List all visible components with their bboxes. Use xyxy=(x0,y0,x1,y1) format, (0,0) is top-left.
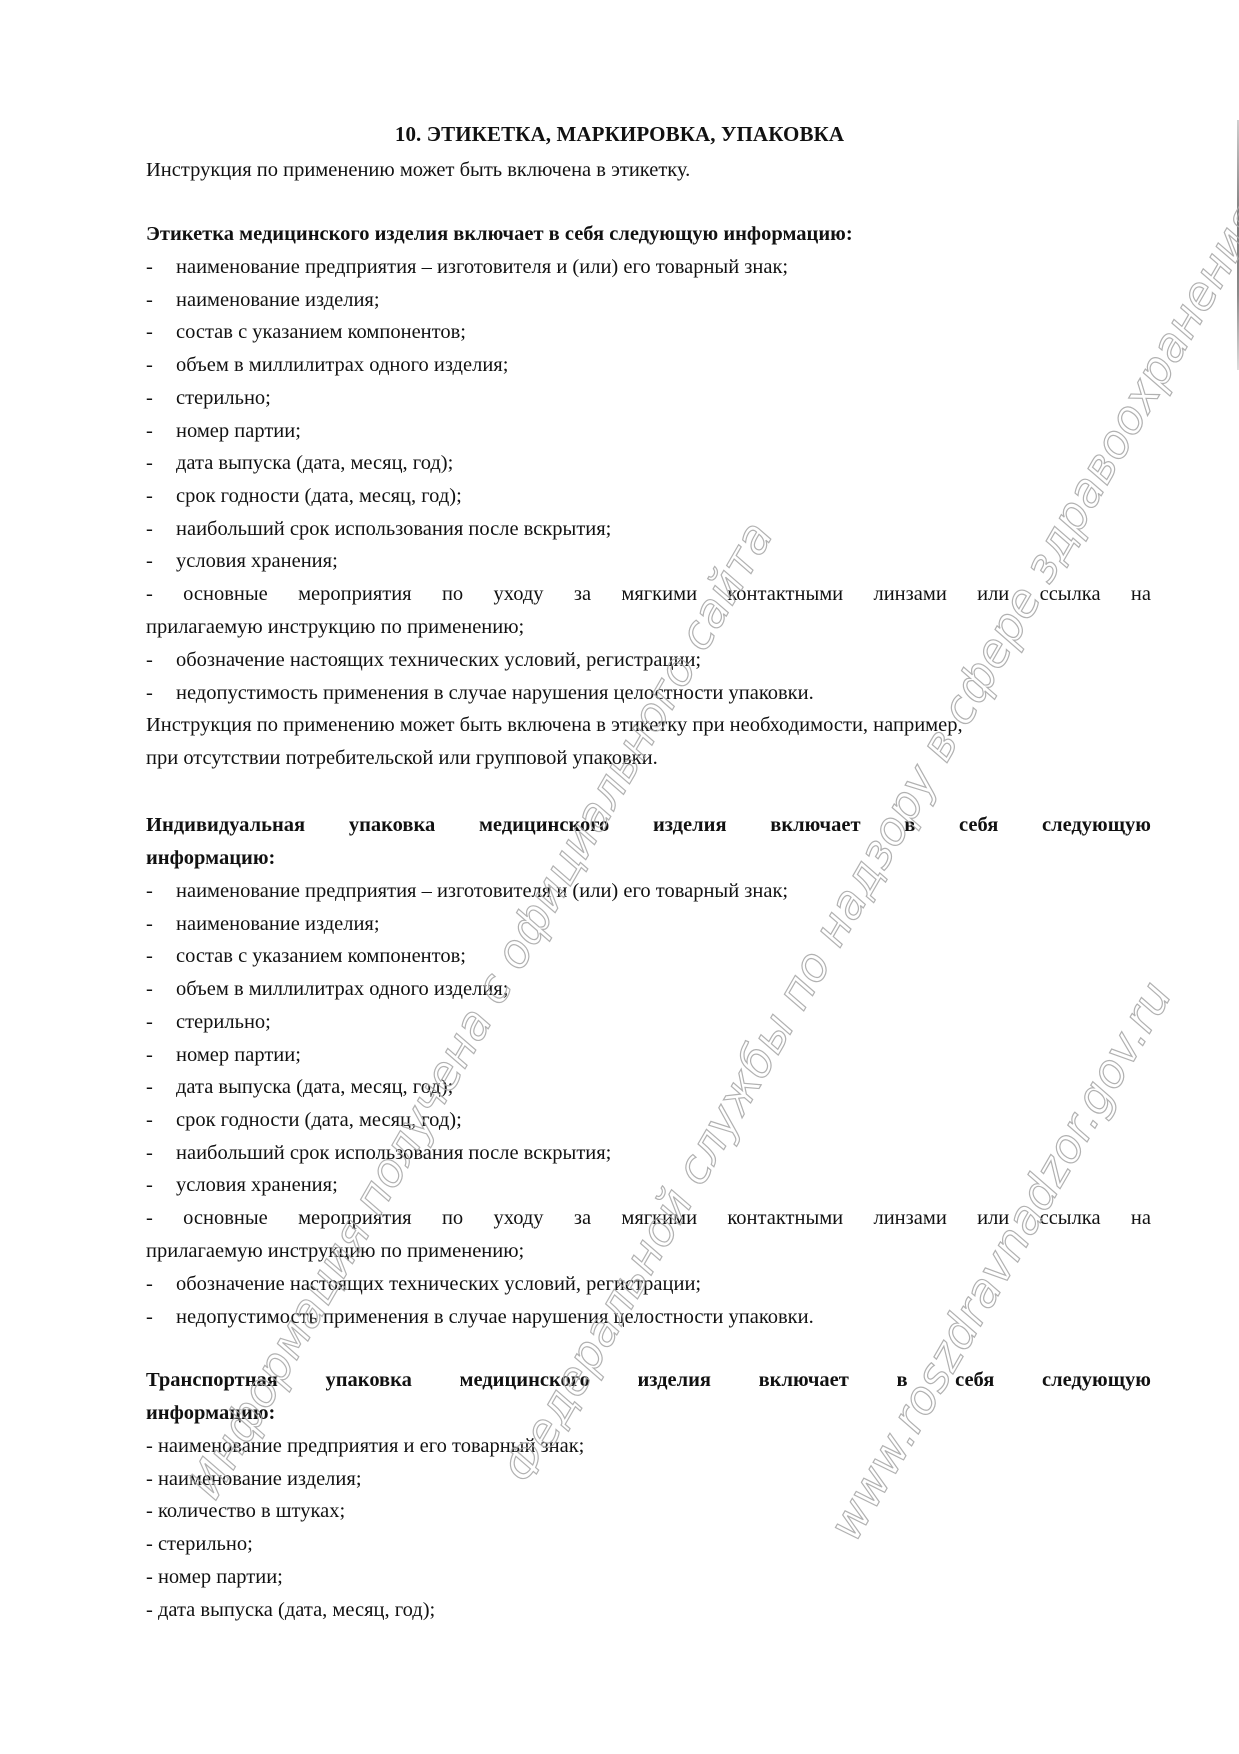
list-dash: - xyxy=(146,322,176,343)
intro-text: Инструкция по применению может быть вклю… xyxy=(146,160,690,181)
list-item: - стерильно; xyxy=(146,1534,253,1555)
list-item-text: объем в миллилитрах одного изделия; xyxy=(176,354,508,376)
list-item: -дата выпуска (дата, месяц, год); xyxy=(146,1077,453,1098)
list-item-text: наибольший срок использования после вскр… xyxy=(176,1142,611,1164)
list-dash: - xyxy=(146,421,176,442)
word: по xyxy=(442,584,463,605)
watermark-text: Федеральной службы по надзору в сфере зд… xyxy=(492,193,1239,1492)
transport-section-heading-line1: Транспортнаяупаковкамедицинскогоизделияв… xyxy=(146,1370,1151,1391)
list-item: -объем в миллилитрах одного изделия; xyxy=(146,979,508,1000)
word: основные xyxy=(183,1208,268,1229)
list-item: -недопустимость применения в случае нару… xyxy=(146,683,814,704)
label-care-item-line1: -основныемероприятияпоуходузамягкимиконт… xyxy=(146,584,1151,605)
word: следующую xyxy=(1042,815,1151,836)
word: следующую xyxy=(1042,1370,1151,1391)
list-item-text: недопустимость применения в случае наруш… xyxy=(176,682,814,704)
list-item: -объем в миллилитрах одного изделия; xyxy=(146,355,508,376)
word: изделия xyxy=(653,815,727,836)
word: или xyxy=(977,1208,1009,1229)
list-dash: - xyxy=(146,519,176,540)
list-item-text: дата выпуска (дата, месяц, год); xyxy=(176,1076,453,1098)
word: изделия xyxy=(637,1370,711,1391)
word: себя xyxy=(959,815,998,836)
list-item-text: условия хранения; xyxy=(176,1174,338,1196)
list-item: -наименование изделия; xyxy=(146,914,380,935)
list-item-text: условия хранения; xyxy=(176,550,338,572)
label-note-line1: Инструкция по применению может быть вклю… xyxy=(146,715,963,736)
document-page: 10. ЭТИКЕТКА, МАРКИРОВКА, УПАКОВКА Инстр… xyxy=(0,0,1239,1754)
list-dash: - xyxy=(146,1077,176,1098)
list-item-text: наименование изделия; xyxy=(176,289,380,311)
word: мероприятия xyxy=(298,1208,412,1229)
word: за xyxy=(574,584,591,605)
list-item-text: номер партии; xyxy=(176,420,301,442)
list-item: -наибольший срок использования после вск… xyxy=(146,519,611,540)
list-dash: - xyxy=(146,650,176,671)
word: уходу xyxy=(493,584,543,605)
list-item: - дата выпуска (дата, месяц, год); xyxy=(146,1600,435,1621)
list-item: -условия хранения; xyxy=(146,1175,338,1196)
word: включает xyxy=(759,1370,849,1391)
list-dash: - xyxy=(146,1045,176,1066)
list-item: -состав с указанием компонентов; xyxy=(146,946,466,967)
list-dash: - xyxy=(146,388,176,409)
list-item: -срок годности (дата, месяц, год); xyxy=(146,486,462,507)
list-dash: - xyxy=(146,1012,176,1033)
word: включает xyxy=(770,815,860,836)
list-item: - номер партии; xyxy=(146,1567,283,1588)
word: мягкими xyxy=(621,1208,697,1229)
list-item-text: стерильно; xyxy=(176,387,271,409)
list-item: -наименование предприятия – изготовителя… xyxy=(146,257,788,278)
individual-section-heading-line1: Индивидуальнаяупаковкамедицинскогоиздели… xyxy=(146,815,1151,836)
word: на xyxy=(1131,584,1151,605)
list-dash: - xyxy=(146,1143,176,1164)
list-item: -наименование предприятия – изготовителя… xyxy=(146,881,788,902)
list-dash: - xyxy=(146,683,176,704)
list-dash: - xyxy=(146,1175,176,1196)
list-item: -состав с указанием компонентов; xyxy=(146,322,466,343)
list-item: -номер партии; xyxy=(146,1045,301,1066)
list-item-text: дата выпуска (дата, месяц, год); xyxy=(176,452,453,474)
individual-care-item-line1: -основныемероприятияпоуходузамягкимиконт… xyxy=(146,1208,1151,1229)
word: медицинского xyxy=(479,815,609,836)
list-item-text: номер партии; xyxy=(176,1044,301,1066)
label-note-line2: при отсутствии потребительской или групп… xyxy=(146,748,658,769)
list-item-text: наименование предприятия – изготовителя … xyxy=(176,256,788,278)
list-item: -номер партии; xyxy=(146,421,301,442)
individual-section-heading-line2: информацию: xyxy=(146,848,275,869)
word: на xyxy=(1131,1208,1151,1229)
list-dash: - xyxy=(146,946,176,967)
word: - xyxy=(146,584,153,605)
word: линзами xyxy=(873,1208,946,1229)
word: упаковка xyxy=(349,815,435,836)
list-dash: - xyxy=(146,257,176,278)
word: мероприятия xyxy=(298,584,412,605)
list-item-text: наименование предприятия – изготовителя … xyxy=(176,880,788,902)
list-dash: - xyxy=(146,1110,176,1131)
list-item-text: стерильно; xyxy=(176,1011,271,1033)
list-item: -наибольший срок использования после вск… xyxy=(146,1143,611,1164)
word: по xyxy=(442,1208,463,1229)
word: Индивидуальная xyxy=(146,815,305,836)
list-item: -дата выпуска (дата, месяц, год); xyxy=(146,453,453,474)
word: в xyxy=(896,1370,907,1391)
list-item: - наименование изделия; xyxy=(146,1469,362,1490)
word: линзами xyxy=(873,584,946,605)
word: медицинского xyxy=(459,1370,589,1391)
list-item-text: срок годности (дата, месяц, год); xyxy=(176,485,462,507)
list-item: -условия хранения; xyxy=(146,551,338,572)
list-dash: - xyxy=(146,551,176,572)
list-item: -срок годности (дата, месяц, год); xyxy=(146,1110,462,1131)
watermark-text: www.roszdravnadzor.gov.ru xyxy=(818,972,1182,1549)
list-item-text: срок годности (дата, месяц, год); xyxy=(176,1109,462,1131)
section-title: 10. ЭТИКЕТКА, МАРКИРОВКА, УПАКОВКА xyxy=(0,122,1239,147)
list-item: - количество в штуках; xyxy=(146,1501,345,1522)
list-dash: - xyxy=(146,486,176,507)
list-item-text: объем в миллилитрах одного изделия; xyxy=(176,978,508,1000)
list-dash: - xyxy=(146,979,176,1000)
list-item-text: наименование изделия; xyxy=(176,913,380,935)
word: мягкими xyxy=(621,584,697,605)
list-item: -обозначение настоящих технических услов… xyxy=(146,650,701,671)
word: ссылка xyxy=(1040,1208,1101,1229)
list-dash: - xyxy=(146,1274,176,1295)
label-section-heading: Этикетка медицинского изделия включает в… xyxy=(146,224,853,245)
word: основные xyxy=(183,584,268,605)
word: контактными xyxy=(727,1208,843,1229)
list-item-text: обозначение настоящих технических услови… xyxy=(176,649,701,671)
list-item: -стерильно; xyxy=(146,388,271,409)
list-dash: - xyxy=(146,453,176,474)
list-dash: - xyxy=(146,290,176,311)
list-item: -стерильно; xyxy=(146,1012,271,1033)
word: уходу xyxy=(493,1208,543,1229)
list-item: -недопустимость применения в случае нару… xyxy=(146,1307,814,1328)
list-dash: - xyxy=(146,881,176,902)
list-item: - наименование предприятия и его товарны… xyxy=(146,1436,584,1457)
label-care-item-line2: прилагаемую инструкцию по применению; xyxy=(146,617,524,638)
list-dash: - xyxy=(146,355,176,376)
word: - xyxy=(146,1208,153,1229)
list-item: -наименование изделия; xyxy=(146,290,380,311)
word: или xyxy=(977,584,1009,605)
word: ссылка xyxy=(1040,584,1101,605)
transport-section-heading-line2: информацию: xyxy=(146,1403,275,1424)
word: в xyxy=(904,815,915,836)
list-item-text: обозначение настоящих технических услови… xyxy=(176,1273,701,1295)
list-item-text: недопустимость применения в случае наруш… xyxy=(176,1306,814,1328)
list-item-text: наибольший срок использования после вскр… xyxy=(176,518,611,540)
list-item-text: состав с указанием компонентов; xyxy=(176,321,466,343)
list-item: -обозначение настоящих технических услов… xyxy=(146,1274,701,1295)
list-item-text: состав с указанием компонентов; xyxy=(176,945,466,967)
word: за xyxy=(574,1208,591,1229)
list-dash: - xyxy=(146,1307,176,1328)
word: контактными xyxy=(727,584,843,605)
list-dash: - xyxy=(146,914,176,935)
word: себя xyxy=(955,1370,994,1391)
word: упаковка xyxy=(325,1370,411,1391)
word: Транспортная xyxy=(146,1370,278,1391)
individual-care-item-line2: прилагаемую инструкцию по применению; xyxy=(146,1241,524,1262)
